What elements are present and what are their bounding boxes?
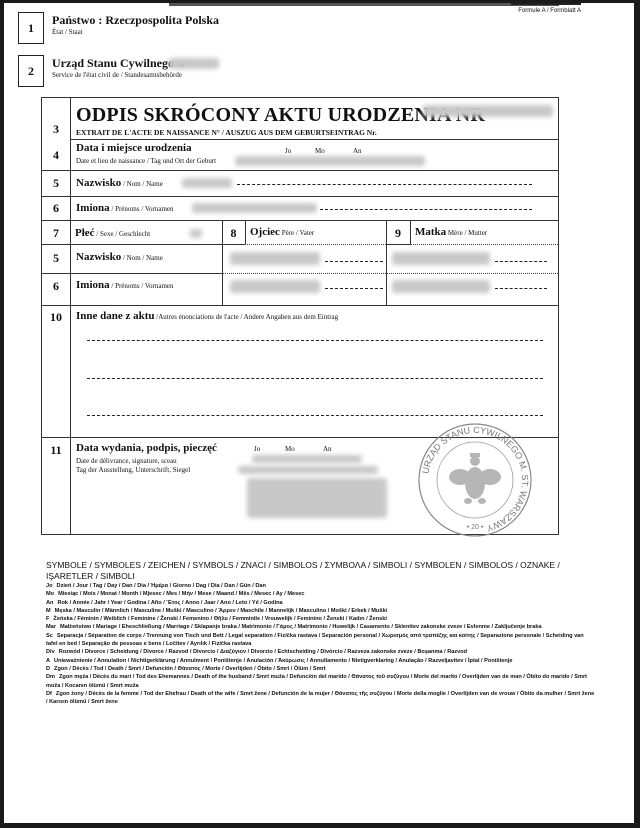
father-sublabel: Père / Vater — [280, 229, 314, 237]
issue-date-sublabel-fr: Date de délivrance, signature, sceau — [76, 457, 177, 465]
symbol-text: Unieważnienie / Annulation / Nichtigerkl… — [54, 658, 512, 664]
symbol-key: A — [46, 658, 50, 664]
other-data-line-2 — [87, 378, 543, 379]
symbol-row: MMęska / Masculin / Männlich / Masculine… — [46, 607, 596, 615]
symbol-row: MarMałżeństwo / Mariage / Eheschließung … — [46, 623, 596, 631]
row-divider — [42, 220, 558, 221]
mother-sublabel: Mère / Mutter — [446, 229, 487, 237]
birth-date-place-sublabel: Date et lieu de naissance / Tag und Ort … — [76, 157, 216, 165]
row-divider — [386, 244, 410, 245]
other-data-line-1 — [87, 340, 543, 341]
symbol-key: An — [46, 600, 53, 606]
symbol-row: DmZgon męża / Décès du mari / Tod des Eh… — [46, 673, 596, 690]
issue-year-header: An — [323, 445, 332, 453]
symbol-key: Dm — [46, 674, 55, 680]
given-names-label: Imiona / Prénoms / Vornamen — [76, 202, 174, 214]
sex-label-text: Płeć — [75, 227, 95, 239]
redacted-father-given-names — [230, 280, 320, 293]
surname-sublabel: / Nom / Name — [121, 180, 163, 188]
parents-given-names-sublabel: / Prénoms / Vornamen — [110, 282, 174, 290]
number-divider — [410, 220, 411, 244]
sex-sublabel: / Sexe / Geschlecht — [95, 230, 151, 238]
symbol-text: Separacja / Séparation de corps / Trennu… — [46, 633, 584, 647]
symbol-key: M — [46, 608, 51, 614]
symbol-key: Div — [46, 649, 55, 655]
mother-dotted-divider — [410, 244, 558, 245]
symbol-text: Zgon męża / Décès du mari / Tod des Ehem… — [46, 674, 587, 688]
field-number-3: 3 — [42, 122, 70, 137]
redacted-surname — [182, 178, 232, 188]
redacted-act-number — [423, 105, 553, 117]
symbol-row: MoMiesiąc / Mois / Monat / Month / Mjese… — [46, 590, 596, 598]
field-number-7: 7 — [42, 226, 70, 241]
eagle-emblem-icon — [449, 453, 501, 504]
symbol-row: DivRozwód / Divorce / Scheidung / Divorc… — [46, 648, 596, 656]
form-reference: Formule A / Formblatt A — [518, 8, 581, 14]
issue-date-label: Data wydania, podpis, pieczęć — [76, 442, 217, 454]
issue-date-sublabel-de: Tag der Ausstellung, Unterschrift, Siege… — [76, 466, 190, 474]
given-names-fill-line — [320, 209, 532, 210]
redacted-signature — [247, 478, 387, 518]
row-divider — [42, 244, 222, 245]
row-divider — [42, 170, 558, 171]
surname-label-text: Nazwisko — [76, 177, 121, 189]
row-divider — [222, 244, 245, 245]
symbol-text: Rozwód / Divorce / Scheidung / Divorce /… — [59, 649, 467, 655]
field-number-1: 1 — [18, 12, 44, 44]
symbol-text: Miesiąc / Mois / Monat / Month / Mjesec … — [58, 591, 304, 597]
field-number-8: 8 — [222, 226, 245, 241]
number-column-divider — [70, 98, 71, 534]
symbol-key: Mar — [46, 624, 56, 630]
parents-given-names-label: Imiona / Prénoms / Vornamen — [76, 279, 174, 291]
redacted-issue-date — [252, 455, 362, 463]
field-number-9: 9 — [386, 226, 410, 241]
symbol-row: FŻeńska / Féminin / Weiblich / Feminine … — [46, 615, 596, 623]
form-reference-text: Formule A / Formblatt A — [518, 8, 581, 14]
year-header: An — [353, 147, 362, 155]
symbol-row: DfZgon żony / Décès de la femme / Tod de… — [46, 690, 596, 707]
symbol-text: Zgon żony / Décès de la femme / Tod der … — [46, 691, 594, 705]
other-data-label-text: Inne dane z aktu — [76, 310, 155, 322]
parents-surname-label-text: Nazwisko — [76, 251, 121, 263]
symbol-text: Męska / Masculin / Männlich / Masculine … — [55, 608, 387, 614]
number-divider — [245, 220, 246, 244]
given-names-sublabel: / Prénoms / Vornamen — [110, 205, 174, 213]
other-data-label: Inne dane z aktu /Autres énonciations de… — [76, 310, 338, 322]
father-label-text: Ojciec — [250, 226, 280, 238]
other-data-sublabel: /Autres énonciations de l'acte / Andere … — [155, 313, 339, 321]
redacted-mother-surname — [392, 252, 490, 265]
document-page: Formule A / Formblatt A 1 Państwo : Rzec… — [4, 3, 634, 823]
parents-surname-label: Nazwisko / Nom / Name — [76, 251, 163, 263]
symbol-text: Zgon / Décès / Tod / Death / Smrt / Defu… — [54, 666, 326, 672]
parents-given-names-label-text: Imiona — [76, 279, 110, 291]
field-number-10: 10 — [42, 310, 70, 325]
symbol-key: Df — [46, 691, 52, 697]
redacted-mother-given-names — [392, 280, 490, 293]
mother-label: Matka Mère / Mutter — [415, 226, 487, 238]
symbol-text: Małżeństwo / Mariage / Eheschließung / M… — [60, 624, 542, 630]
form-reference-underline — [511, 3, 581, 5]
given-names-label-text: Imiona — [76, 202, 110, 214]
mother-label-text: Matka — [415, 226, 446, 238]
official-seal-icon: URZĄD STANU CYWILNEGO M. ST. WARSZAWY • … — [416, 421, 534, 539]
symbol-key: Mo — [46, 591, 54, 597]
symbol-text: Dzień / Jour / Tag / Day / Dan / Día / Ἡ… — [57, 583, 266, 589]
sex-label: Płeć / Sexe / Geschlecht — [75, 227, 150, 239]
symbols-legend: SYMBOLE / SYMBOLES / ZEICHEN / SYMBOLS /… — [46, 560, 596, 706]
mother-given-names-fill-line — [495, 288, 547, 289]
month-header: Mo — [315, 147, 325, 155]
scan-edge — [169, 3, 559, 6]
symbol-row: ScSeparacja / Séparation de corps / Tren… — [46, 632, 596, 649]
redacted-father-surname — [230, 252, 320, 265]
symbol-key: Sc — [46, 633, 53, 639]
field-number-11: 11 — [42, 443, 70, 458]
redacted-signer-title — [238, 466, 378, 474]
field-number-2: 2 — [18, 55, 44, 87]
row-divider — [42, 196, 558, 197]
field-number-6-parents: 6 — [42, 279, 70, 294]
symbol-text: Żeńska / Féminin / Weiblich / Feminine /… — [53, 616, 386, 622]
father-label: Ojciec Père / Vater — [250, 226, 314, 238]
parents-dotted-divider — [222, 273, 558, 274]
row-divider — [42, 273, 222, 274]
row-divider — [42, 305, 558, 306]
redacted-given-names — [192, 203, 317, 213]
registry-office-subtitle: Service de l'état civil de / Standesamts… — [52, 71, 182, 79]
father-surname-fill-line — [325, 261, 383, 262]
issue-day-header: Jo — [254, 445, 260, 453]
field-number-6: 6 — [42, 201, 70, 216]
father-dotted-divider — [245, 244, 386, 245]
symbol-text: Rok / Année / Jahr / Year / Godina / Año… — [57, 600, 282, 606]
symbol-key: D — [46, 666, 50, 672]
symbol-key: F — [46, 616, 49, 622]
surname-fill-line — [237, 184, 532, 185]
field-number-5: 5 — [42, 176, 70, 191]
parents-surname-sublabel: / Nom / Name — [121, 254, 163, 262]
seal-bottom-text: • 20 • — [467, 524, 484, 531]
row-divider — [70, 139, 558, 140]
redacted-office-name — [169, 58, 219, 69]
surname-label: Nazwisko / Nom / Name — [76, 177, 163, 189]
symbol-key: Jo — [46, 583, 53, 589]
field-number-4: 4 — [42, 148, 70, 163]
registry-office-title: Urząd Stanu Cywilnego w — [52, 56, 186, 71]
certificate-subtitle: EXTRAIT DE L'ACTE DE NAISSANCE N° / AUSZ… — [76, 128, 377, 137]
redacted-birth-date-place — [235, 156, 425, 166]
country-subtitle: État / Staat — [52, 28, 83, 36]
symbols-heading: SYMBOLE / SYMBOLES / ZEICHEN / SYMBOLS /… — [46, 560, 596, 582]
symbol-row: AnRok / Année / Jahr / Year / Godina / A… — [46, 599, 596, 607]
field-number-5-parents: 5 — [42, 251, 70, 266]
father-given-names-fill-line — [325, 288, 383, 289]
mother-surname-fill-line — [495, 261, 547, 262]
symbol-row: DZgon / Décès / Tod / Death / Smrt / Def… — [46, 665, 596, 673]
issue-month-header: Mo — [285, 445, 295, 453]
country-title: Państwo : Rzeczpospolita Polska — [52, 13, 219, 28]
redacted-sex — [190, 229, 202, 238]
other-data-line-3 — [87, 415, 543, 416]
birth-date-place-label: Data i miejsce urodzenia — [76, 142, 192, 154]
symbol-row: JoDzień / Jour / Tag / Day / Dan / Día /… — [46, 582, 596, 590]
symbol-row: AUnieważnienie / Annulation / Nichtigerk… — [46, 657, 596, 665]
day-header: Jo — [285, 147, 291, 155]
